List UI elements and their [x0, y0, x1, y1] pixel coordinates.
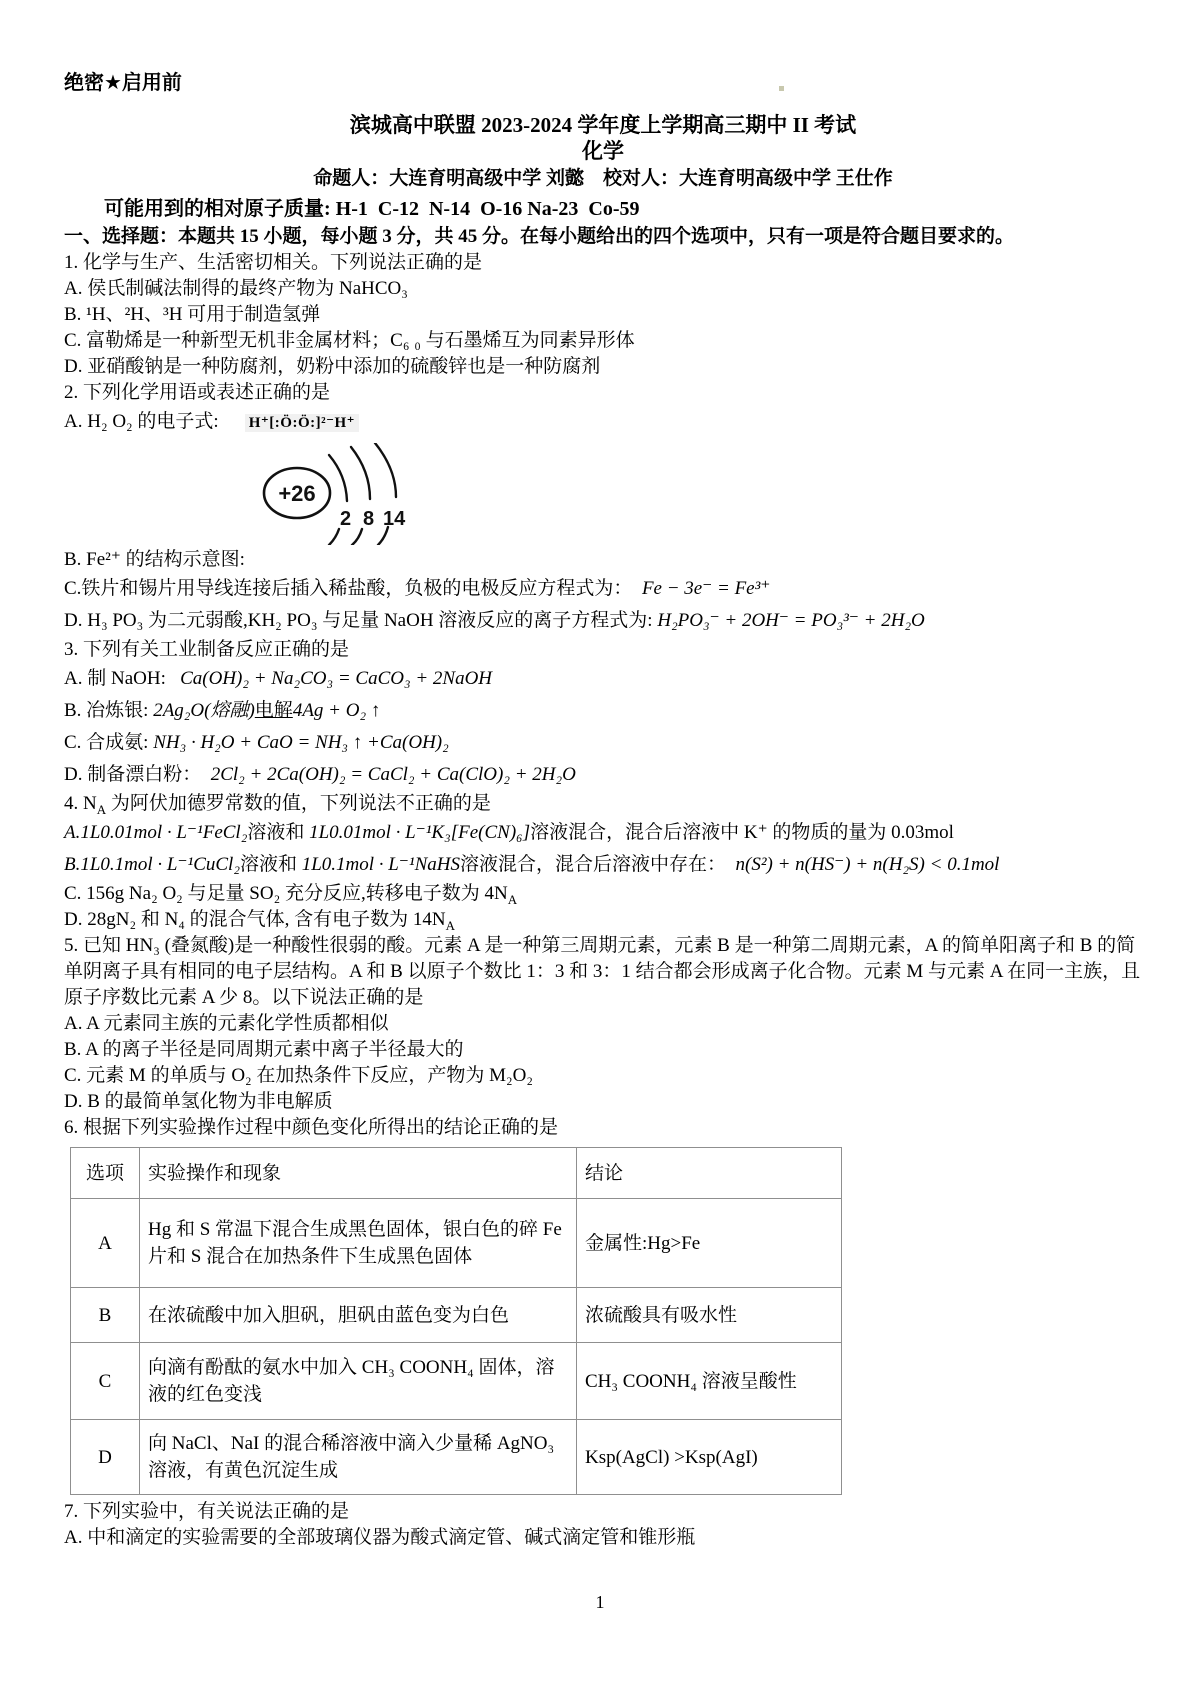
q4-option-a-text1: 溶液和 [247, 822, 309, 843]
shell3-electrons: 14 [383, 508, 406, 530]
q2-option-c-equation: Fe − 3e⁻ = Fe³⁺ [642, 578, 770, 599]
q2-option-b: B. Fe²⁺ 的结构示意图: [64, 547, 1142, 573]
q6-table: 选项 实验操作和现象 结论 A Hg 和 S 常温下混合生成黑色固体，银白色的碎… [70, 1147, 842, 1495]
q4-stem-text-2: 为阿伏加德罗常数的值，下列说法不正确的是 [106, 793, 491, 814]
q4-option-d-text: D. 28gN₂ 和 N₄ 的混合气体, 含有电子数为 14N [64, 909, 446, 930]
q3-option-a: A. 制 NaOH: Ca(OH)₂ + Na₂CO₃ = CaCO₃ + 2N… [64, 663, 1142, 695]
page-number: 1 [0, 1592, 1200, 1613]
q2-option-a-label: A. H₂ O₂ 的电子式: [64, 411, 219, 432]
q5-option-c: C. 元素 M 的单质与 O₂ 在加热条件下反应，产物为 M₂O₂ [64, 1063, 1142, 1089]
security-classification: 绝密★启用前 [64, 70, 1142, 96]
q5-option-b: B. A 的离子半径是同周期元素中离子半径最大的 [64, 1037, 1142, 1063]
q6-row-c-operation: 向滴有酚酞的氨水中加入 CH₃ COONH₄ 固体，溶液的红色变浅 [140, 1343, 577, 1420]
exam-authors: 命题人：大连育明高级中学 刘懿 校对人：大连育明高级中学 王仕作 [64, 166, 1142, 192]
exam-paper-page: 绝密★启用前 滨城高中联盟 2023-2024 学年度上学期高三期中 II 考试… [0, 0, 1200, 1697]
q2-option-d-equation: H₂PO₃⁻ + 2OH⁻ = PO₃³⁻ + 2H₂O [657, 610, 924, 631]
q4-option-b: B.1L0.1mol · L⁻¹CuCl₂溶液和 1L0.1mol · L⁻¹N… [64, 849, 1142, 881]
q6-header-conclusion: 结论 [577, 1148, 842, 1199]
exam-title: 滨城高中联盟 2023-2024 学年度上学期高三期中 II 考试 [64, 112, 1142, 138]
q4-option-d: D. 28gN₂ 和 N₄ 的混合气体, 含有电子数为 14NA [64, 907, 1142, 933]
nucleus-charge: +26 [278, 481, 315, 506]
q6-row-d-operation: 向 NaCl、NaI 的混合稀溶液中滴入少量稀 AgNO₃ 溶液，有黄色沉淀生成 [140, 1420, 577, 1495]
q2-option-c-text: C.铁片和锡片用导线连接后插入稀盐酸，负极的电极反应方程式为： [64, 578, 642, 599]
q7-stem: 7. 下列实验中，有关说法正确的是 [64, 1499, 1142, 1525]
q4-option-a-math2: 1L0.01mol · L⁻¹K₃[Fe(CN)₆] [309, 822, 530, 843]
q3-electrolysis-label: 电解 [255, 700, 293, 721]
q6-row-a-operation: Hg 和 S 常温下混合生成黑色固体，银白色的碎 Fe 片和 S 混合在加热条件… [140, 1199, 577, 1288]
q3-option-a-text: A. 制 NaOH: [64, 668, 180, 689]
q1-stem: 1. 化学与生产、生活密切相关。下列说法正确的是 [64, 250, 1142, 276]
exam-subject: 化学 [64, 138, 1142, 164]
section1-header: 一、选择题：本题共 15 小题，每小题 3 分，共 45 分。在每小题给出的四个… [64, 224, 1142, 250]
q3-option-b-equation-right: 4Ag + O₂ ↑ [293, 700, 381, 721]
q4-option-a-math1: A.1L0.01mol · L⁻¹FeCl₂ [64, 822, 247, 843]
q5-option-d: D. B 的最简单氢化物为非电解质 [64, 1089, 1142, 1115]
q1-option-d: D. 亚硝酸钠是一种防腐剂，奶粉中添加的硫酸锌也是一种防腐剂 [64, 354, 1142, 380]
q3-option-d-equation: 2Cl₂ + 2Ca(OH)₂ = CaCl₂ + Ca(ClO)₂ + 2H₂… [211, 764, 576, 785]
q4-option-c-text: C. 156g Na₂ O₂ 与足量 SO₂ 充分反应,转移电子数为 4N [64, 883, 508, 904]
q3-option-c: C. 合成氨: NH₃ · H₂O + CaO = NH₃ ↑ +Ca(OH)₂ [64, 727, 1142, 759]
q4-avogadro-subscript: A [97, 802, 106, 817]
q4-option-b-text2: 溶液混合，混合后溶液中存在： [460, 854, 736, 875]
q3-stem: 3. 下列有关工业制备反应正确的是 [64, 637, 1142, 663]
q6-table-row-a: A Hg 和 S 常温下混合生成黑色固体，银白色的碎 Fe 片和 S 混合在加热… [71, 1199, 842, 1288]
q6-row-b-operation: 在浓硫酸中加入胆矾，胆矾由蓝色变为白色 [140, 1288, 577, 1343]
atom-diagram-svg: +26 2 8 14 [259, 443, 419, 545]
q2-option-c: C.铁片和锡片用导线连接后插入稀盐酸，负极的电极反应方程式为： Fe − 3e⁻… [64, 573, 1142, 605]
q6-header-operation: 实验操作和现象 [140, 1148, 577, 1199]
q6-table-header-row: 选项 实验操作和现象 结论 [71, 1148, 842, 1199]
q6-row-c-option: C [71, 1343, 140, 1420]
fe-atom-structure-diagram: +26 2 8 14 [259, 443, 1142, 545]
q2-option-d-text: D. H₃ PO₃ 为二元弱酸,KH₂ PO₃ 与足量 NaOH 溶液反应的离子… [64, 610, 657, 631]
q1-option-b: B. ¹H、²H、³H 可用于制造氢弹 [64, 302, 1142, 328]
q4-option-c: C. 156g Na₂ O₂ 与足量 SO₂ 充分反应,转移电子数为 4NA [64, 881, 1142, 907]
q5-option-a: A. A 元素同主族的元素化学性质都相似 [64, 1011, 1142, 1037]
q3-option-a-equation: Ca(OH)₂ + Na₂CO₃ = CaCO₃ + 2NaOH [180, 668, 492, 689]
q3-option-c-text: C. 合成氨: [64, 732, 153, 753]
q4-option-b-math2: 1L0.1mol · L⁻¹NaHS [302, 854, 460, 875]
q3-option-d-text: D. 制备漂白粉： [64, 764, 211, 785]
q6-table-row-b: B 在浓硫酸中加入胆矾，胆矾由蓝色变为白色 浓硫酸具有吸水性 [71, 1288, 842, 1343]
q6-row-b-option: B [71, 1288, 140, 1343]
q1-option-a: A. 侯氏制碱法制得的最终产物为 NaHCO₃ [64, 276, 1142, 302]
document-body: 绝密★启用前 滨城高中联盟 2023-2024 学年度上学期高三期中 II 考试… [64, 70, 1142, 1551]
q6-row-b-conclusion: 浓硫酸具有吸水性 [577, 1288, 842, 1343]
q1-option-c: C. 富勒烯是一种新型无机非金属材料；C₆ ₀ 与石墨烯互为同素异形体 [64, 328, 1142, 354]
h2o2-electron-formula: H⁺[:Ö:Ö:]²⁻H⁺ [245, 414, 359, 432]
q6-row-d-option: D [71, 1420, 140, 1495]
q2-stem: 2. 下列化学用语或表述正确的是 [64, 380, 1142, 406]
q4-option-d-subscript: A [446, 918, 455, 933]
q6-row-d-conclusion: Ksp(AgCl) >Ksp(AgI) [577, 1420, 842, 1495]
q2-option-a: A. H₂ O₂ 的电子式:H⁺[:Ö:Ö:]²⁻H⁺ [64, 406, 1142, 439]
shell1-electrons: 2 [340, 508, 351, 530]
q6-header-option: 选项 [71, 1148, 140, 1199]
shell2-electrons: 8 [363, 508, 374, 530]
atomic-masses-note: 可能用到的相对原子质量: H-1 C-12 N-14 O-16 Na-23 Co… [64, 196, 1142, 222]
q2-option-d: D. H₃ PO₃ 为二元弱酸,KH₂ PO₃ 与足量 NaOH 溶液反应的离子… [64, 605, 1142, 637]
q4-option-a: A.1L0.01mol · L⁻¹FeCl₂溶液和 1L0.01mol · L⁻… [64, 817, 1142, 849]
q3-option-c-equation: NH₃ · H₂O + CaO = NH₃ ↑ +Ca(OH)₂ [153, 732, 449, 753]
q3-option-d: D. 制备漂白粉： 2Cl₂ + 2Ca(OH)₂ = CaCl₂ + Ca(C… [64, 759, 1142, 791]
q4-option-b-math1: B.1L0.1mol · L⁻¹CuCl₂ [64, 854, 240, 875]
q4-option-c-subscript: A [508, 892, 517, 907]
q6-row-a-option: A [71, 1199, 140, 1288]
q3-option-b-equation-left: 2Ag₂O(熔融) [153, 700, 255, 721]
q4-stem: 4. NA 为阿伏加德罗常数的值，下列说法不正确的是 [64, 791, 1142, 817]
q4-stem-text: 4. N [64, 793, 97, 814]
q6-table-row-d: D 向 NaCl、NaI 的混合稀溶液中滴入少量稀 AgNO₃ 溶液，有黄色沉淀… [71, 1420, 842, 1495]
q7-option-a: A. 中和滴定的实验需要的全部玻璃仪器为酸式滴定管、碱式滴定管和锥形瓶 [64, 1525, 1142, 1551]
q5-stem: 5. 已知 HN₃ (叠氮酸)是一种酸性很弱的酸。元素 A 是一种第三周期元素，… [64, 933, 1142, 1011]
q6-table-row-c: C 向滴有酚酞的氨水中加入 CH₃ COONH₄ 固体，溶液的红色变浅 CH₃ … [71, 1343, 842, 1420]
q6-row-c-conclusion: CH₃ COONH₄ 溶液呈酸性 [577, 1343, 842, 1420]
q4-option-b-text1: 溶液和 [240, 854, 302, 875]
q3-option-b-text: B. 冶炼银: [64, 700, 153, 721]
q4-option-a-text2: 溶液混合，混合后溶液中 K⁺ 的物质的量为 0.03mol [530, 822, 954, 843]
q4-option-b-math3: n(S²) + n(HS⁻) + n(H₂S) < 0.1mol [736, 854, 1000, 875]
q6-row-a-conclusion: 金属性:Hg>Fe [577, 1199, 842, 1288]
q3-option-b: B. 冶炼银: 2Ag₂O(熔融)电解4Ag + O₂ ↑ [64, 695, 1142, 727]
q6-stem: 6. 根据下列实验操作过程中颜色变化所得出的结论正确的是 [64, 1115, 1142, 1141]
